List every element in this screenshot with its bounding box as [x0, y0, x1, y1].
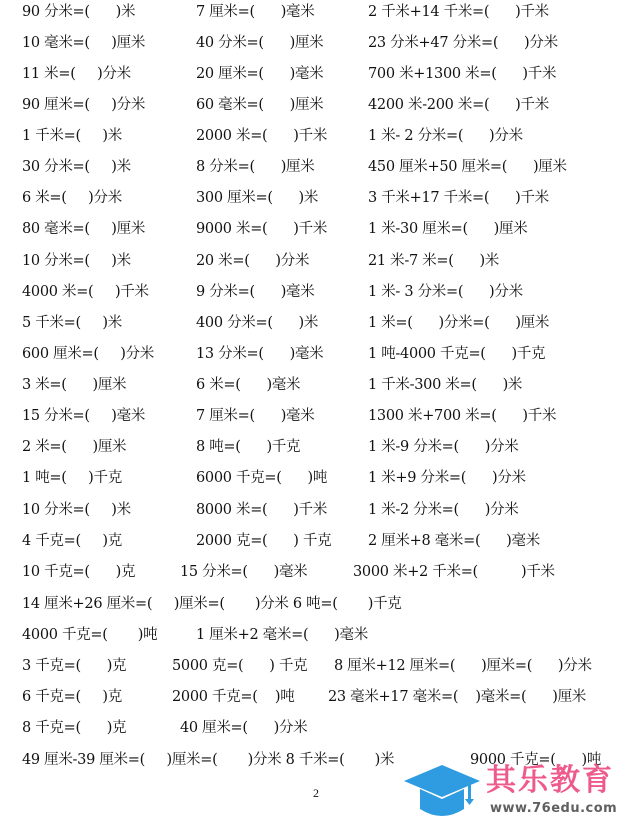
exercise-row: 4000 千克=( )吨 1 厘米+2 毫米=( )毫米: [0, 624, 630, 646]
exercise-item: 1 吨=( )千克: [22, 467, 122, 489]
exercise-item: 8 千克=( )克: [22, 717, 126, 739]
exercise-item: 10 毫米=( )厘米: [22, 32, 145, 54]
exercise-item: 8 厘米+12 厘米=( )厘米=( )分米: [334, 655, 592, 677]
exercise-item: 2 厘米+8 毫米=( )毫米: [368, 530, 540, 552]
exercise-item: 10 分米=( )米: [22, 499, 131, 521]
exercise-row: 90 厘米=( )分米 60 毫米=( )厘米 4200 米-200 米=( )…: [0, 94, 630, 116]
exercise-row: 2 米=( )厘米 8 吨=( )千克 1 米-9 分米=( )分米: [0, 436, 630, 458]
worksheet-page: 90 分米=( )米 7 厘米=( )毫米 2 千米+14 千米=( )千米 1…: [0, 0, 630, 824]
exercise-item: 11 米=( )分米: [22, 63, 131, 85]
exercise-row: 15 分米=( )毫米 7 厘米=( )毫米 1300 米+700 米=( )千…: [0, 405, 630, 427]
exercise-row: 6 千克=( )克 2000 千克=( )吨 23 毫米+17 毫米=( )毫米…: [0, 686, 630, 708]
exercise-item: 1 米=( )分米=( )厘米: [368, 312, 549, 334]
exercise-item: 1 厘米+2 毫米=( )毫米: [196, 624, 368, 646]
exercise-row: 90 分米=( )米 7 厘米=( )毫米 2 千米+14 千米=( )千米: [0, 1, 630, 23]
exercise-row: 8 千克=( )克 40 厘米=( )分米: [0, 717, 630, 739]
exercise-item: 7 厘米=( )毫米: [196, 1, 314, 23]
exercise-item: 2 千米+14 千米=( )千米: [368, 1, 549, 23]
exercise-item: 3 千克=( )克: [22, 655, 126, 677]
exercise-item: 400 分米=( )米: [196, 312, 318, 334]
exercise-item: 8 分米=( )厘米: [196, 156, 314, 178]
exercise-item: 8 吨=( )千克: [196, 436, 300, 458]
exercise-row: 6 米=( )分米 300 厘米=( )米 3 千米+17 千米=( )千米: [0, 187, 630, 209]
exercise-item: 3 千米+17 千米=( )千米: [368, 187, 549, 209]
exercise-item: 9000 米=( )千米: [196, 218, 327, 240]
exercise-item: 1 米+9 分米=( )分米: [368, 467, 526, 489]
exercise-item: 23 分米+47 分米=( )分米: [368, 32, 558, 54]
exercise-item: 9 分米=( )毫米: [196, 281, 314, 303]
exercise-row: 30 分米=( )米 8 分米=( )厘米 450 厘米+50 厘米=( )厘米: [0, 156, 630, 178]
exercise-item: 4000 米=( )千米: [22, 281, 149, 303]
exercise-item: 8000 米=( )千米: [196, 499, 327, 521]
exercise-item: 1 米-9 分米=( )分米: [368, 436, 519, 458]
exercise-row: 4000 米=( )千米 9 分米=( )毫米 1 米- 3 分米=( )分米: [0, 281, 630, 303]
exercise-row: 10 分米=( )米 8000 米=( )千米 1 米-2 分米=( )分米: [0, 499, 630, 521]
exercise-item: 700 米+1300 米=( )千米: [368, 63, 556, 85]
brand-name: 其乐教育: [486, 763, 614, 799]
exercise-item: 450 厘米+50 厘米=( )厘米: [368, 156, 567, 178]
exercise-item: 21 米-7 米=( )米: [368, 250, 499, 272]
exercise-item: 6 米=( )分米: [22, 187, 122, 209]
exercise-item: 10 千克=( )克: [22, 561, 135, 583]
watermark-logo: 其乐教育 www.76edu.com: [402, 763, 628, 823]
exercise-item: 60 毫米=( )厘米: [196, 94, 323, 116]
exercise-item: 3000 米+2 千米=( )千米: [353, 561, 555, 583]
exercise-item: 1 米- 2 分米=( )分米: [368, 125, 523, 147]
exercise-item: 6000 千克=( )吨: [196, 467, 327, 489]
exercise-item: 4 千克=( )克: [22, 530, 122, 552]
exercise-item: 6 千克=( )克: [22, 686, 122, 708]
exercise-row: 10 千克=( )克 15 分米=( )毫米 3000 米+2 千米=( )千米: [0, 561, 630, 583]
exercise-row: 14 厘米+26 厘米=( )厘米=( )分米 6 吨=( )千克: [0, 593, 630, 615]
exercise-item: 1 米- 3 分米=( )分米: [368, 281, 523, 303]
exercise-item: 40 厘米=( )分米: [180, 717, 307, 739]
exercise-row: 1 吨=( )千克 6000 千克=( )吨 1 米+9 分米=( )分米: [0, 467, 630, 489]
brand-url: www.76edu.com: [490, 801, 617, 817]
exercise-row: 3 千克=( )克 5000 克=( ) 千克 8 厘米+12 厘米=( )厘米…: [0, 655, 630, 677]
exercise-item: 1 千米-300 米=( )米: [368, 374, 522, 396]
exercise-item: 90 厘米=( )分米: [22, 94, 145, 116]
page-number: 2: [313, 786, 319, 801]
exercise-row: 10 分米=( )米 20 米=( )分米 21 米-7 米=( )米: [0, 250, 630, 272]
exercise-item: 2000 千克=( )吨: [172, 686, 294, 708]
exercise-item: 1 米-30 厘米=( )厘米: [368, 218, 527, 240]
exercise-item: 1 千米=( )米: [22, 125, 122, 147]
exercise-item: 2 米=( )厘米: [22, 436, 126, 458]
exercise-item: 1 米-2 分米=( )分米: [368, 499, 519, 521]
exercise-row: 3 米=( )厘米 6 米=( )毫米 1 千米-300 米=( )米: [0, 374, 630, 396]
exercise-item: 4000 千克=( )吨: [22, 624, 157, 646]
exercise-item: 4200 米-200 米=( )千米: [368, 94, 549, 116]
exercise-row: 11 米=( )分米 20 厘米=( )毫米 700 米+1300 米=( )千…: [0, 63, 630, 85]
exercise-item: 300 厘米=( )米: [196, 187, 318, 209]
exercise-item: 15 分米=( )毫米: [22, 405, 145, 427]
exercise-row: 600 厘米=( )分米 13 分米=( )毫米 1 吨-4000 千克=( )…: [0, 343, 630, 365]
exercise-item: 600 厘米=( )分米: [22, 343, 154, 365]
graduation-cap-icon: [402, 763, 484, 821]
exercise-item: 10 分米=( )米: [22, 250, 131, 272]
exercise-item: 5000 克=( ) 千克: [172, 655, 307, 677]
exercise-item: 6 米=( )毫米: [196, 374, 300, 396]
exercise-item: 5 千米=( )米: [22, 312, 122, 334]
exercise-row: 80 毫米=( )厘米 9000 米=( )千米 1 米-30 厘米=( )厘米: [0, 218, 630, 240]
exercise-item: 20 厘米=( )毫米: [196, 63, 323, 85]
exercise-item: 3 米=( )厘米: [22, 374, 126, 396]
exercise-item: 1 吨-4000 千克=( )千克: [368, 343, 545, 365]
exercise-item: 2000 克=( ) 千克: [196, 530, 331, 552]
exercise-item: 13 分米=( )毫米: [196, 343, 323, 365]
exercise-row: 1 千米=( )米 2000 米=( )千米 1 米- 2 分米=( )分米: [0, 125, 630, 147]
exercise-row: 5 千米=( )米 400 分米=( )米 1 米=( )分米=( )厘米: [0, 312, 630, 334]
exercise-item: 1300 米+700 米=( )千米: [368, 405, 556, 427]
exercise-item: 30 分米=( )米: [22, 156, 131, 178]
exercise-item: 80 毫米=( )厘米: [22, 218, 145, 240]
exercise-item: 14 厘米+26 厘米=( )厘米=( )分米 6 吨=( )千克: [22, 593, 401, 615]
exercise-item: 23 毫米+17 毫米=( )毫米=( )厘米: [328, 686, 586, 708]
exercise-item: 15 分米=( )毫米: [180, 561, 307, 583]
exercise-row: 4 千克=( )克 2000 克=( ) 千克 2 厘米+8 毫米=( )毫米: [0, 530, 630, 552]
exercise-item: 49 厘米-39 厘米=( )厘米=( )分米 8 千米=( )米: [22, 749, 394, 771]
exercise-item: 40 分米=( )厘米: [196, 32, 323, 54]
exercise-item: 90 分米=( )米: [22, 1, 135, 23]
exercise-item: 7 厘米=( )毫米: [196, 405, 314, 427]
exercise-item: 20 米=( )分米: [196, 250, 309, 272]
exercise-item: 2000 米=( )千米: [196, 125, 327, 147]
exercise-row: 10 毫米=( )厘米 40 分米=( )厘米 23 分米+47 分米=( )分…: [0, 32, 630, 54]
